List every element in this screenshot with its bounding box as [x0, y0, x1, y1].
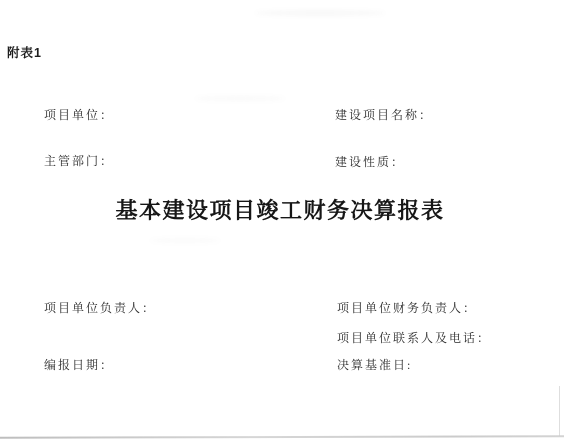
- page-bottom-scan-edge: [0, 435, 564, 438]
- project-unit-finance-head-field-label: 项目单位财务负责人：: [337, 299, 477, 316]
- report-date-field-label: 编报日期：: [44, 356, 114, 373]
- scanned-form-page: 附表1 项目单位： 建设项目名称： 主管部门： 建设性质： 基本建设项目竣工财务…: [0, 0, 564, 444]
- construction-nature-field-label: 建设性质：: [335, 153, 405, 170]
- project-unit-field-label: 项目单位：: [44, 106, 114, 123]
- final-account-base-date-field-label: 决算基准日:: [337, 356, 412, 373]
- appendix-table-label: 附表1: [7, 43, 42, 61]
- scan-noise-smudge: [150, 238, 220, 243]
- competent-department-field-label: 主管部门：: [44, 152, 114, 169]
- project-unit-contact-phone-field-label: 项目单位联系人及电话：: [337, 329, 491, 346]
- construction-project-name-field-label: 建设项目名称：: [335, 106, 433, 123]
- project-unit-head-field-label: 项目单位负责人：: [44, 299, 156, 316]
- document-title: 基本建设项目竣工财务决算报表: [0, 194, 560, 225]
- scan-noise-smudge: [195, 96, 285, 101]
- scan-noise-smudge: [255, 10, 385, 16]
- page-right-scan-edge: [559, 386, 560, 436]
